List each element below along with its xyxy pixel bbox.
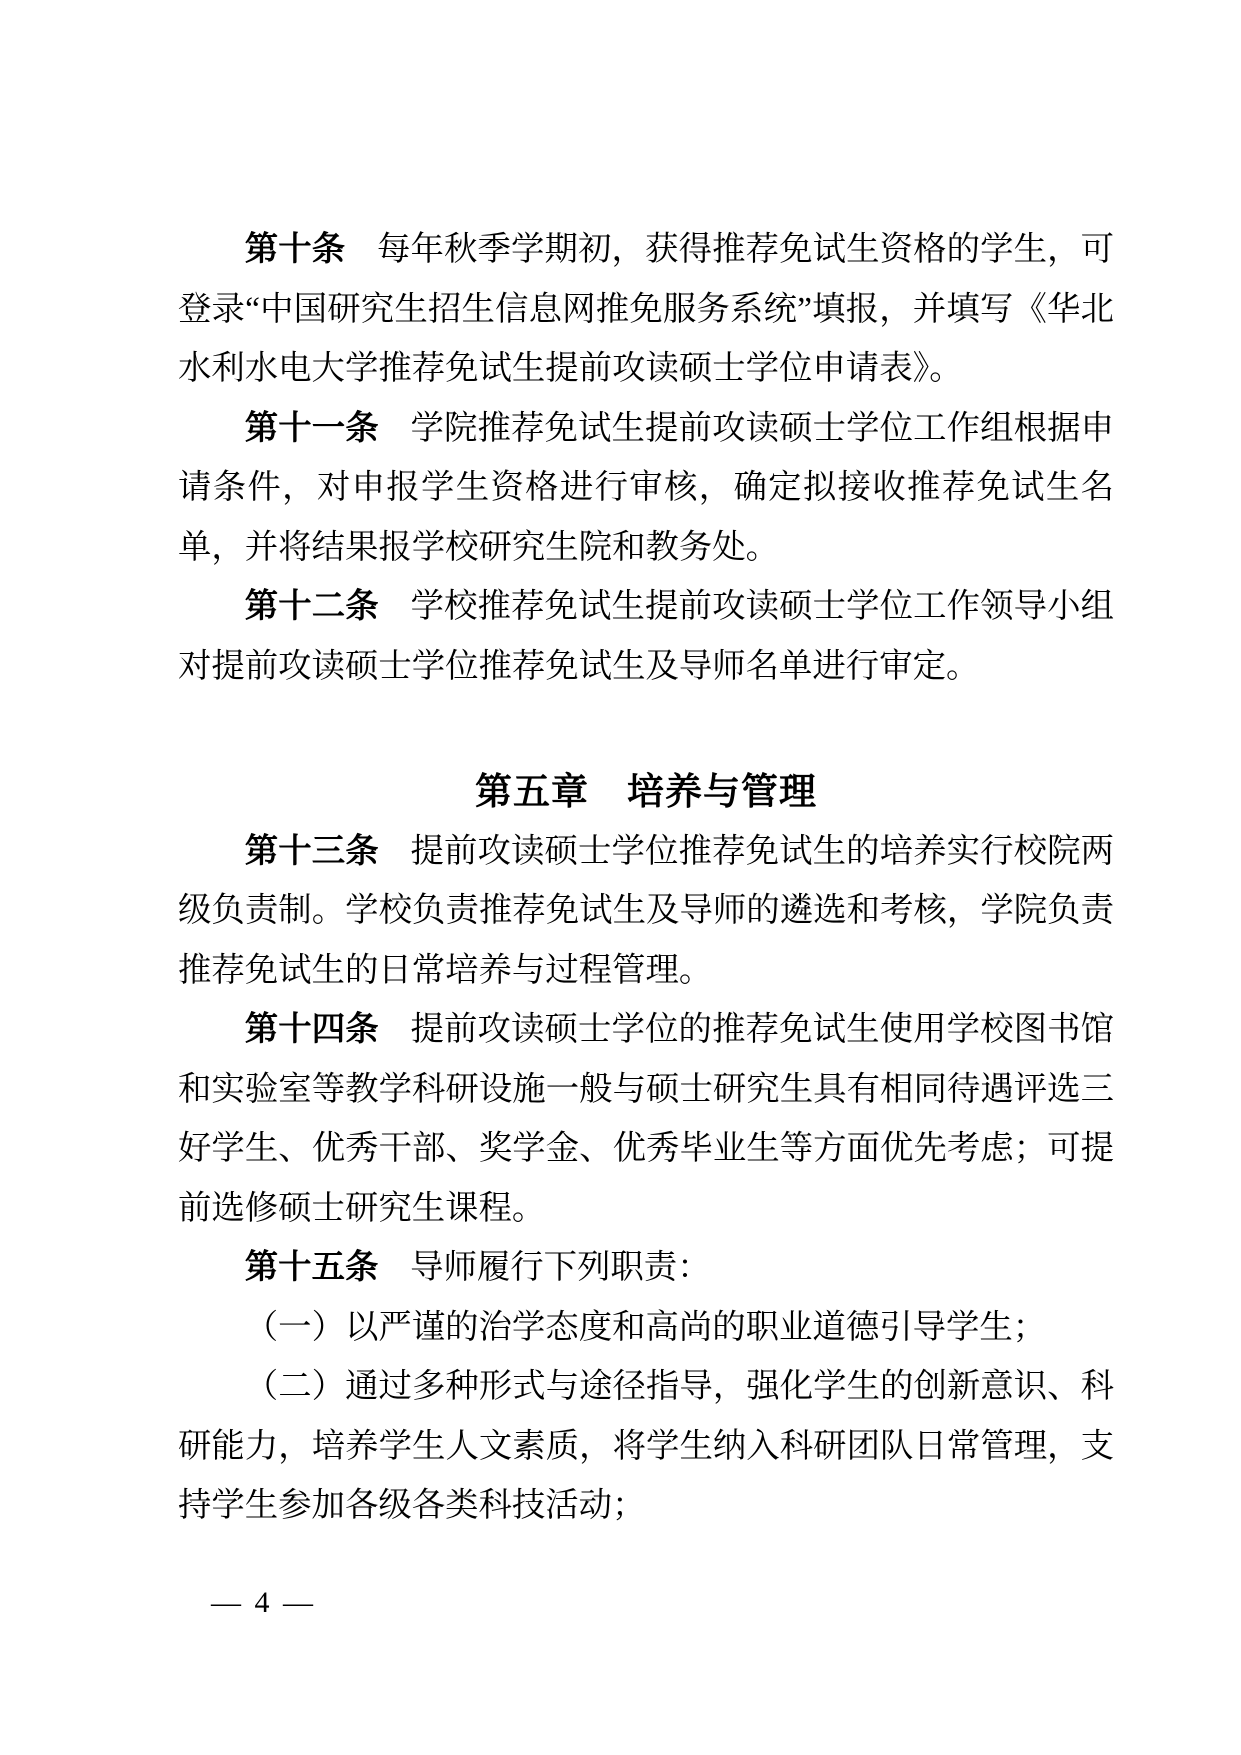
article-label: 第十条 [245, 231, 346, 268]
article-paragraph: （二）通过多种形式与途径指导，强化学生的创新意识、科研能力，培养学生人文素质，将… [178, 1357, 1114, 1536]
chapter-heading: 第五章 培养与管理 [178, 762, 1114, 822]
article-label: 第十五条 [245, 1249, 379, 1286]
article-paragraph: 第十四条提前攻读硕士学位的推荐免试生使用学校图书馆和实验室等教学科研设施一般与硕… [178, 1000, 1114, 1238]
article-text: 导师履行下列职责： [410, 1249, 711, 1286]
article-paragraph: 第十五条导师履行下列职责： [178, 1238, 1114, 1298]
article-label: 第十二条 [245, 588, 379, 625]
article-label: 第十三条 [245, 833, 379, 870]
article-label: 第十一条 [245, 410, 379, 447]
article-paragraph: 第十一条学院推荐免试生提前攻读硕士学位工作组根据申请条件，对申报学生资格进行审核… [178, 399, 1114, 578]
page-number: — 4 — [211, 1586, 316, 1620]
article-paragraph: 第十二条学校推荐免试生提前攻读硕士学位工作领导小组对提前攻读硕士学位推荐免试生及… [178, 577, 1114, 696]
article-paragraph: 第十三条提前攻读硕士学位推荐免试生的培养实行校院两级负责制。学校负责推荐免试生及… [178, 822, 1114, 1001]
article-paragraph: 第十条每年秋季学期初，获得推荐免试生资格的学生，可登录“中国研究生招生信息网推免… [178, 220, 1114, 399]
article-text: （二）通过多种形式与途径指导，强化学生的创新意识、科研能力，培养学生人文素质，将… [178, 1368, 1114, 1524]
article-label: 第十四条 [245, 1011, 379, 1048]
document-body: 第十条每年秋季学期初，获得推荐免试生资格的学生，可登录“中国研究生招生信息网推免… [178, 220, 1114, 1536]
article-text: （一）以严谨的治学态度和高尚的职业道德引导学生； [245, 1309, 1046, 1346]
document-page: 第十条每年秋季学期初，获得推荐免试生资格的学生，可登录“中国研究生招生信息网推免… [0, 0, 1241, 1755]
article-paragraph: （一）以严谨的治学态度和高尚的职业道德引导学生； [178, 1298, 1114, 1358]
